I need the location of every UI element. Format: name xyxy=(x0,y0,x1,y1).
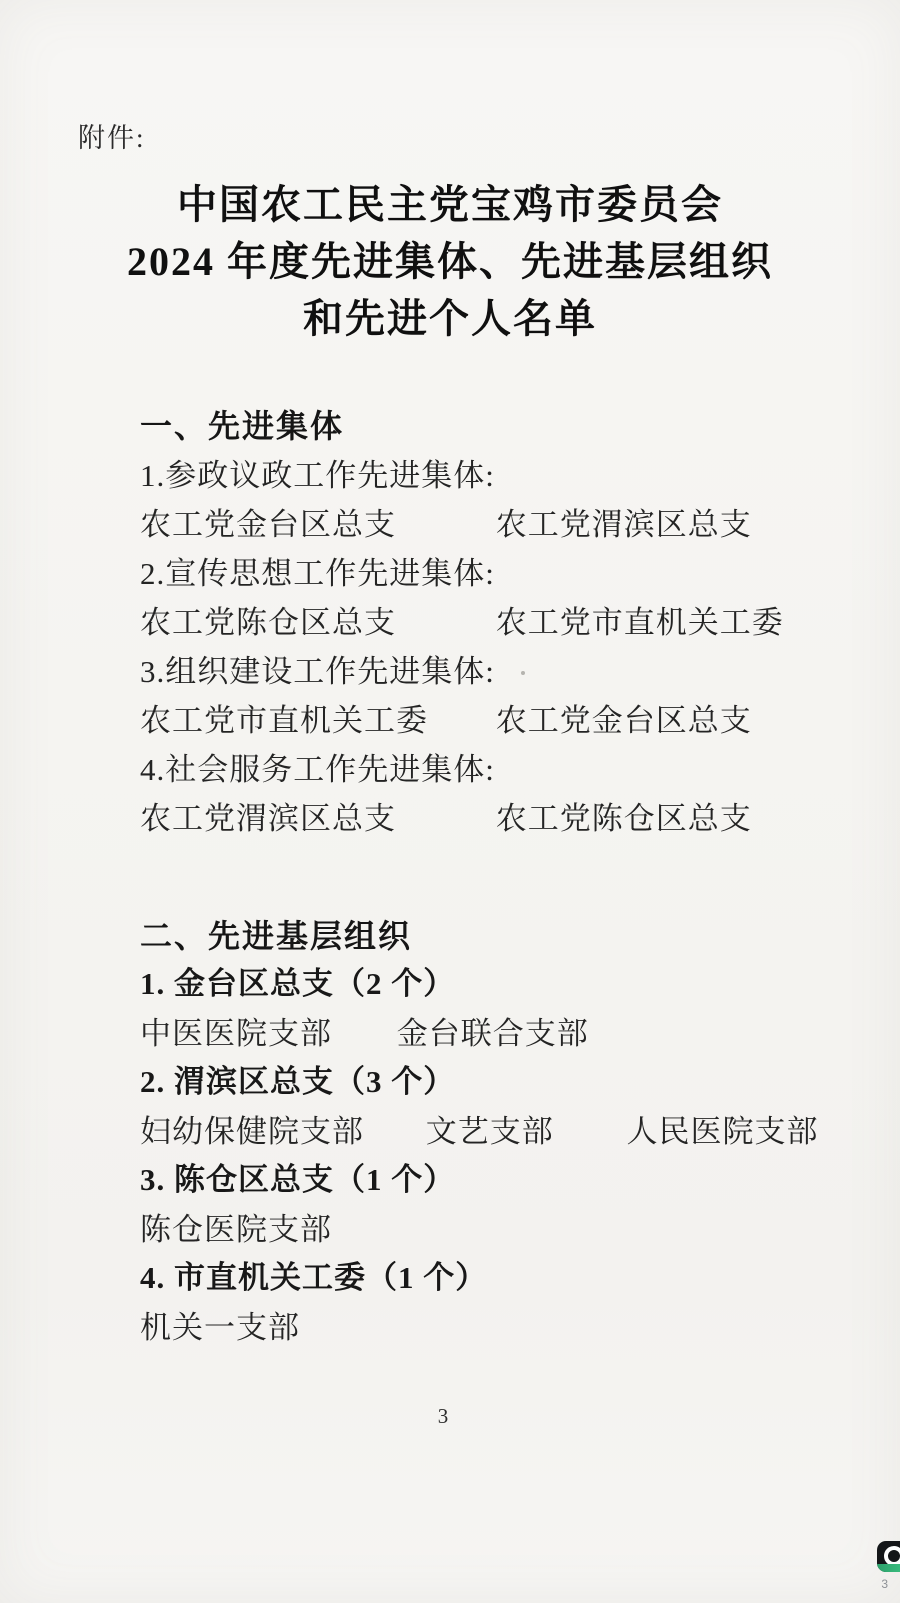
section-1-heading: 一、先进集体 xyxy=(140,408,344,444)
entry: 金台联合支部 xyxy=(397,1016,589,1052)
badge-accent-strip xyxy=(877,1564,900,1572)
section-1-item-1-entries: 农工党金台区总支 农工党渭滨区总支 xyxy=(140,507,752,543)
title-line-2: 2024 年度先进集体、先进基层组织 xyxy=(0,233,900,290)
entry: 中医医院支部 xyxy=(140,1016,388,1052)
section-2-item-3-label: 3. 陈仓区总支（1 个） xyxy=(140,1162,455,1198)
document-page: 附件: 中国农工民主党宝鸡市委员会 2024 年度先进集体、先进基层组织 和先进… xyxy=(0,0,900,1603)
entry: 陈仓医院支部 xyxy=(140,1212,332,1248)
title-line-1: 中国农工民主党宝鸡市委员会 xyxy=(0,176,900,233)
section-2-heading: 二、先进基层组织 xyxy=(140,918,412,954)
entry: 农工党渭滨区总支 xyxy=(496,507,752,543)
section-2-item-2-label: 2. 渭滨区总支（3 个） xyxy=(140,1064,455,1100)
page-number: 3 xyxy=(0,1404,886,1429)
entry: 机关一支部 xyxy=(140,1310,300,1346)
entry: 妇幼保健院支部 xyxy=(140,1114,417,1150)
section-2-item-3-entries: 陈仓医院支部 xyxy=(140,1212,332,1248)
section-1-item-3-label: 3.组织建设工作先进集体: xyxy=(140,654,495,690)
section-1-item-2-label: 2.宣传思想工作先进集体: xyxy=(140,556,495,592)
entry: 农工党陈仓区总支 xyxy=(140,605,487,641)
attachment-label: 附件: xyxy=(78,116,146,155)
entry: 人民医院支部 xyxy=(627,1114,819,1150)
section-1-item-4-label: 4.社会服务工作先进集体: xyxy=(140,752,495,788)
section-2-item-1-label: 1. 金台区总支（2 个） xyxy=(140,966,455,1002)
entry: 农工党金台区总支 xyxy=(140,507,487,543)
entry: 农工党市直机关工委 xyxy=(140,703,487,739)
entry: 农工党金台区总支 xyxy=(496,703,752,739)
camera-lens-icon xyxy=(884,1546,900,1566)
app-badge-icon xyxy=(877,1541,900,1572)
document-title: 中国农工民主党宝鸡市委员会 2024 年度先进集体、先进基层组织 和先进个人名单 xyxy=(0,176,900,347)
section-2-item-2-entries: 妇幼保健院支部 文艺支部 人民医院支部 xyxy=(140,1114,819,1150)
watermark-caption: 3 xyxy=(881,1577,888,1591)
entry: 文艺支部 xyxy=(426,1114,618,1150)
section-2-item-4-label: 4. 市直机关工委（1 个） xyxy=(140,1260,487,1296)
section-1-item-3-entries: 农工党市直机关工委 农工党金台区总支 xyxy=(140,703,752,739)
section-1-item-2-entries: 农工党陈仓区总支 农工党市直机关工委 xyxy=(140,605,784,641)
section-2-item-4-entries: 机关一支部 xyxy=(140,1310,300,1346)
entry: 农工党市直机关工委 xyxy=(496,605,784,641)
entry: 农工党渭滨区总支 xyxy=(140,801,487,837)
scan-artifact-dot xyxy=(521,671,525,675)
section-2-item-1-entries: 中医医院支部 金台联合支部 xyxy=(140,1016,589,1052)
section-1-item-4-entries: 农工党渭滨区总支 农工党陈仓区总支 xyxy=(140,801,752,837)
entry: 农工党陈仓区总支 xyxy=(496,801,752,837)
title-line-3: 和先进个人名单 xyxy=(0,290,900,347)
section-1-item-1-label: 1.参政议政工作先进集体: xyxy=(140,458,495,494)
